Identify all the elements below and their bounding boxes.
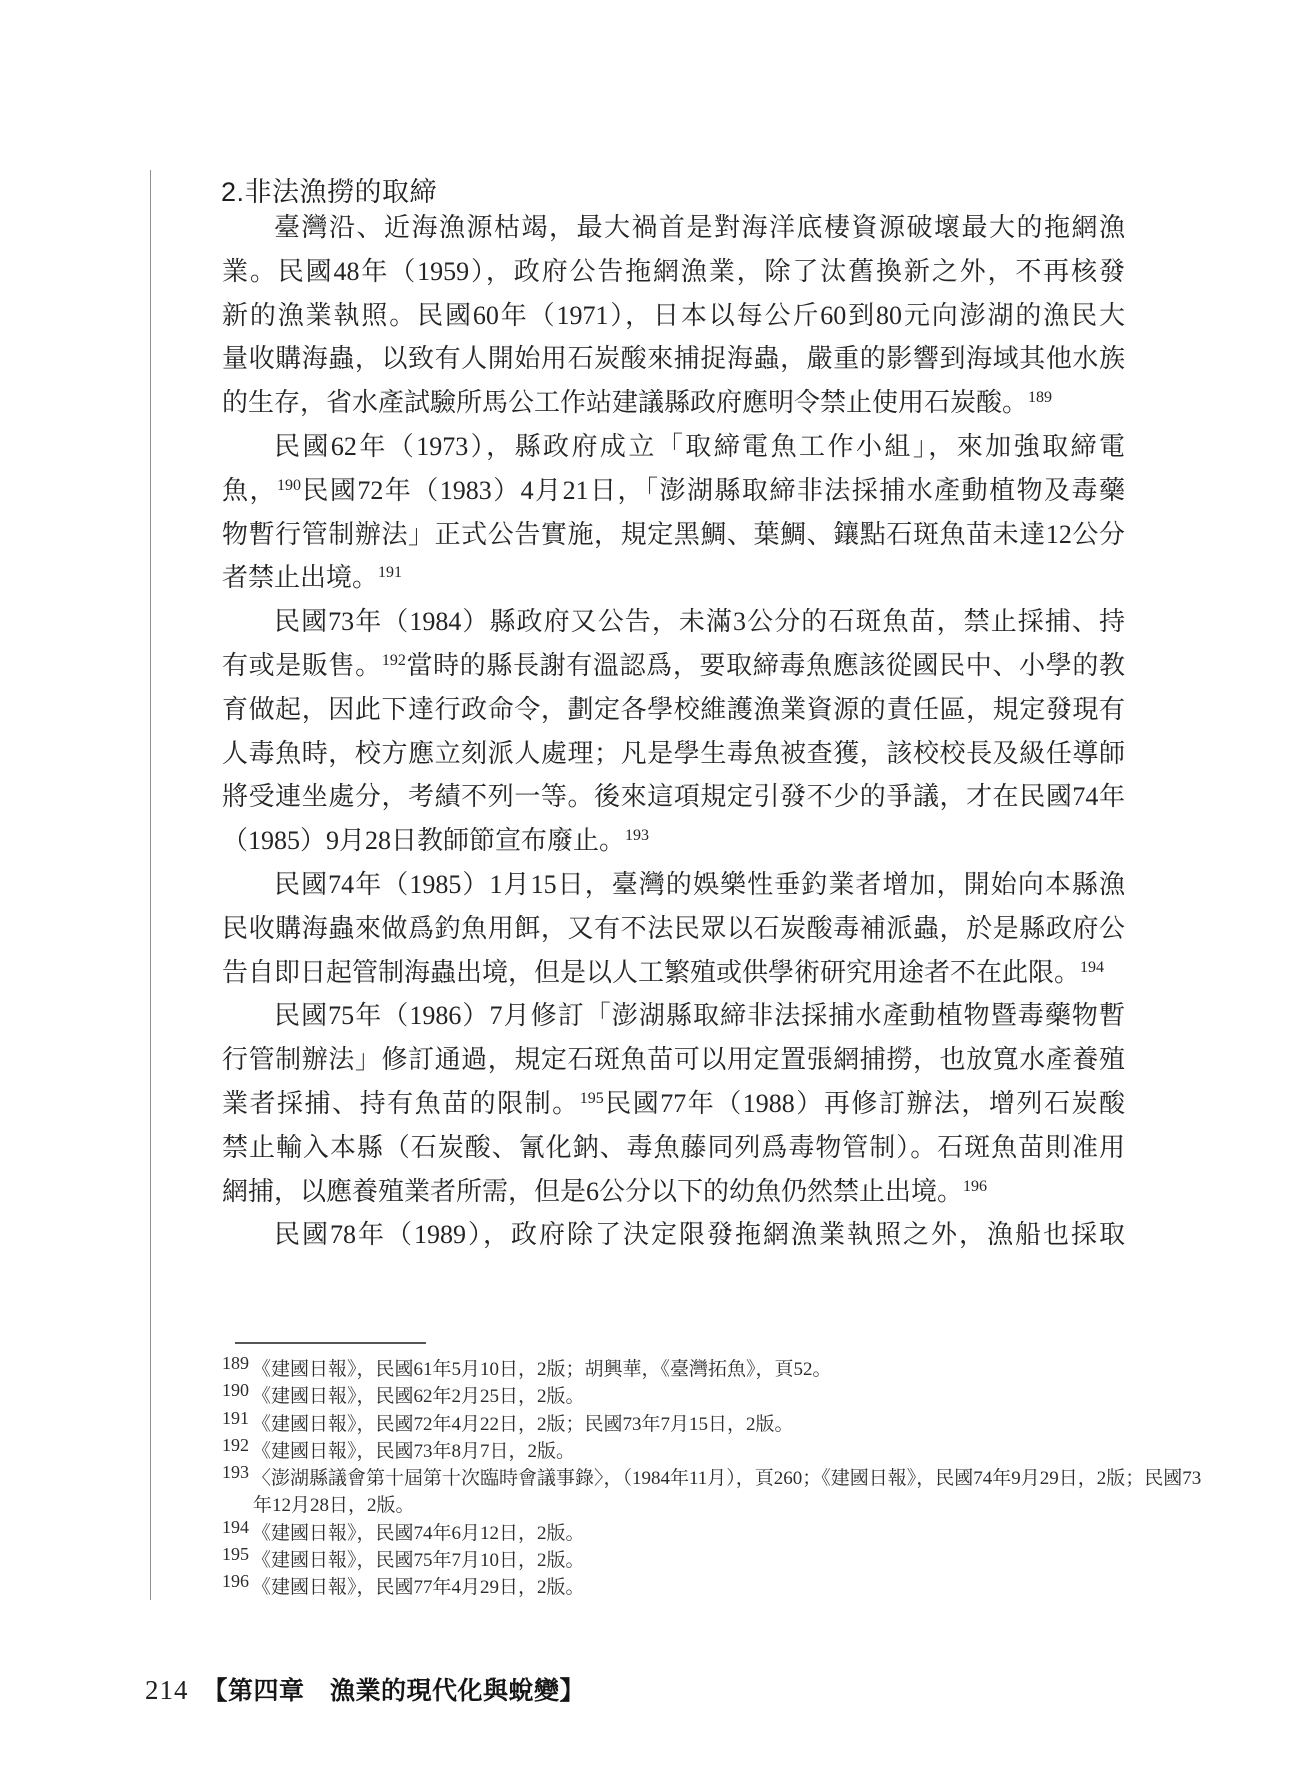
footnote-item: 189《建國日報》，民國61年5月10日，2版；胡興華，《臺灣拓魚》，頁52。 [222,1356,1212,1383]
body-line: 業者採捕、持有魚苗的限制。195民國77年（1988）再修訂辦法，增列石炭酸 [222,1082,1125,1126]
footnote-item: 194《建國日報》，民國74年6月12日，2版。 [222,1520,1212,1547]
body-line: 量收購海蟲，以致有人開始用石炭酸來捕捉海蟲，嚴重的影響到海域其他水族 [222,337,1125,381]
footnote-ref: 193 [625,827,649,844]
footnote-text: 《建國日報》，民國61年5月10日，2版；胡興華，《臺灣拓魚》，頁52。 [252,1359,832,1380]
footnote-number: 189 [222,1353,249,1373]
footnote-number: 190 [222,1380,249,1400]
footnote-ref: 196 [963,1178,987,1195]
book-page: 2.非法漁撈的取締 臺灣沿、近海漁源枯竭，最大禍首是對海洋底棲資源破壞最大的拖網… [0,0,1300,1779]
footnote-text: 《建國日報》，民國77年4月29日，2版。 [252,1577,585,1598]
footnote-number: 193 [222,1462,249,1482]
footnote-text: 《建國日報》，民國75年7月10日，2版。 [252,1550,585,1571]
chapter-title: 【第四章 漁業的現代化與蛻變】 [203,1678,586,1705]
body-line: 人毒魚時，校方應立刻派人處理；凡是學生毒魚被查獲，該校校長及級任導師 [222,732,1125,776]
footnote-number: 192 [222,1435,249,1455]
body-line: 者禁止出境。191 [222,556,1125,600]
body-line: 告自即日起管制海蟲出境，但是以人工繁殖或供學術研究用途者不在此限。194 [222,951,1125,995]
footnote-text: 《建國日報》，民國72年4月22日，2版；民國73年7月15日，2版。 [252,1414,794,1435]
body-line: 物暫行管制辦法」正式公告實施，規定黑鯛、葉鯛、鑲點石斑魚苗未達12公分 [222,513,1125,557]
body-line: 臺灣沿、近海漁源枯竭，最大禍首是對海洋底棲資源破壞最大的拖網漁 [222,206,1125,250]
footnote-item: 196《建國日報》，民國77年4月29日，2版。 [222,1574,1212,1601]
body-line: 民國73年（1984）縣政府又公告，未滿3公分的石斑魚苗，禁止採捕、持 [222,600,1125,644]
footnote-item: 193〈澎湖縣議會第十屆第十次臨時會議事錄〉，（1984年11月），頁260；《… [222,1465,1212,1520]
footnote-ref: 190 [277,477,301,494]
body-line: 業。民國48年（1959），政府公告拖網漁業，除了汰舊換新之外，不再核發 [222,250,1125,294]
body-line: 民國75年（1986）7月修訂「澎湖縣取締非法採捕水產動植物暨毒藥物暫 [222,994,1125,1038]
footnote-item: 190《建國日報》，民國62年2月25日，2版。 [222,1383,1212,1410]
body-line: 有或是販售。192當時的縣長謝有溫認爲，要取締毒魚應該從國民中、小學的教 [222,644,1125,688]
footnote-item: 192《建國日報》，民國73年8月7日，2版。 [222,1438,1212,1465]
footnote-number: 194 [222,1517,249,1537]
page-number: 214 [145,1675,189,1705]
body-line: 禁止輸入本縣（石炭酸、氰化鈉、毒魚藤同列爲毒物管制）。石斑魚苗則准用 [222,1126,1125,1170]
body-line: 魚，190民國72年（1983）4月21日，「澎湖縣取締非法採捕水產動植物及毒藥 [222,469,1125,513]
body-line: 民收購海蟲來做爲釣魚用餌，又有不法民眾以石炭酸毒補派蟲，於是縣政府公 [222,907,1125,951]
footnote-item: 191《建國日報》，民國72年4月22日，2版；民國73年7月15日，2版。 [222,1411,1212,1438]
footnote-text: 《建國日報》，民國62年2月25日，2版。 [252,1386,585,1407]
footnote-ref: 195 [580,1090,604,1107]
left-margin-rule [150,170,151,1600]
footnote-text: 〈澎湖縣議會第十屆第十次臨時會議事錄〉，（1984年11月），頁260；《建國日… [252,1468,1201,1516]
footnote-ref: 189 [1028,389,1052,406]
body-line: 民國62年（1973），縣政府成立「取締電魚工作小組」，來加強取締電 [222,425,1125,469]
body-line: 將受連坐處分，考績不列一等。後來這項規定引發不少的爭議，才在民國74年 [222,775,1125,819]
body-line: 民國74年（1985）1月15日，臺灣的娛樂性垂釣業者增加，開始向本縣漁 [222,863,1125,907]
footnote-text: 《建國日報》，民國74年6月12日，2版。 [252,1523,585,1544]
section-heading: 2.非法漁撈的取締 [221,170,437,209]
body-line: 育做起，因此下達行政命令，劃定各學校維護漁業資源的責任區，規定發現有 [222,688,1125,732]
page-footer: 214【第四章 漁業的現代化與蛻變】 [145,1671,585,1707]
footnote-number: 196 [222,1571,249,1591]
body-line: 新的漁業執照。民國60年（1971），日本以每公斤60到80元向澎湖的漁民大 [222,294,1125,338]
footnote-number: 191 [222,1408,249,1428]
body-line: 民國78年（1989），政府除了決定限發拖網漁業執照之外，漁船也採取 [222,1213,1125,1257]
body-line: 的生存，省水產試驗所馬公工作站建議縣政府應明令禁止使用石炭酸。189 [222,381,1125,425]
body-line: 網捕，以應養殖業者所需，但是6公分以下的幼魚仍然禁止出境。196 [222,1170,1125,1214]
body-line: （1985）9月28日教師節宣布廢止。193 [222,819,1125,863]
footnote-ref: 191 [378,564,402,581]
footnote-ref: 192 [382,652,406,669]
footnote-list: 189《建國日報》，民國61年5月10日，2版；胡興華，《臺灣拓魚》，頁52。1… [222,1356,1212,1602]
footnote-ref: 194 [1080,959,1104,976]
body-line: 行管制辦法」修訂通過，規定石斑魚苗可以用定置張網捕撈，也放寬水產養殖 [222,1038,1125,1082]
body-text: 臺灣沿、近海漁源枯竭，最大禍首是對海洋底棲資源破壞最大的拖網漁業。民國48年（1… [222,206,1125,1257]
footnote-text: 《建國日報》，民國73年8月7日，2版。 [252,1441,575,1462]
footnote-item: 195《建國日報》，民國75年7月10日，2版。 [222,1547,1212,1574]
footnote-number: 195 [222,1544,249,1564]
footnote-separator [235,1342,426,1344]
